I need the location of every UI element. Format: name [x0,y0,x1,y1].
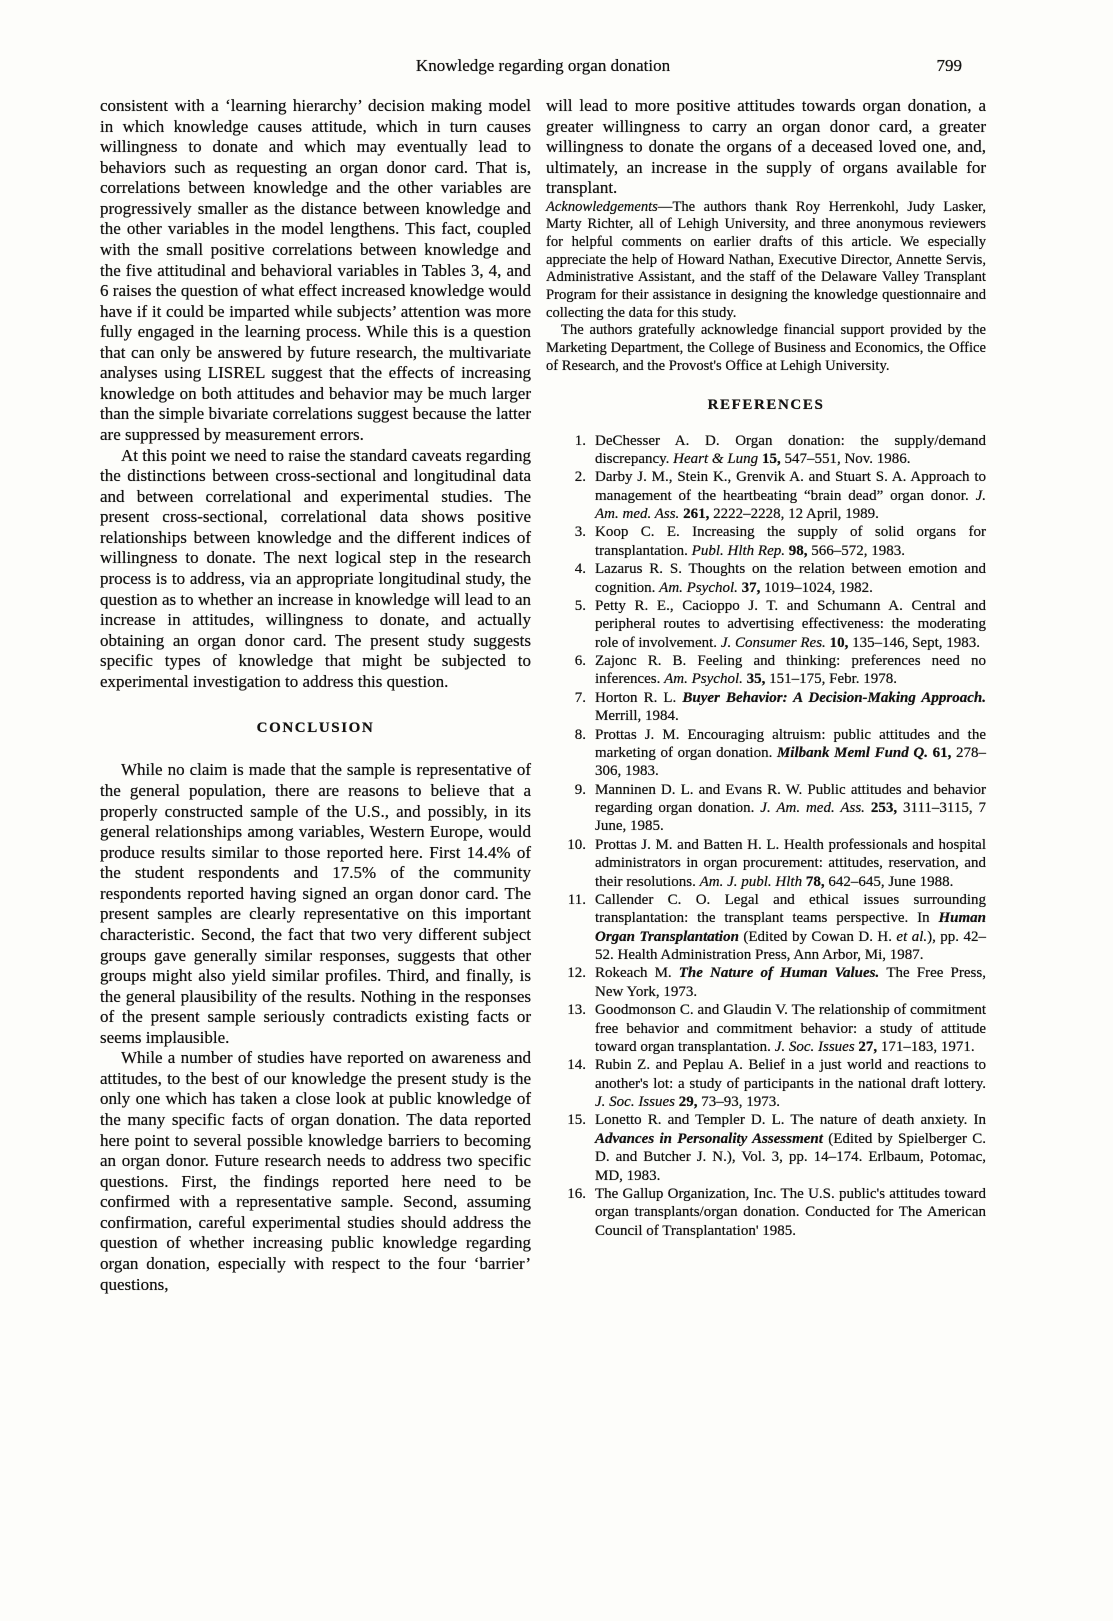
reference-item: 11. Callender C. O. Legal and ethical is… [546,891,986,965]
reference-item: 14. Rubin Z. and Peplau A. Belief in a j… [546,1056,986,1111]
reference-item: 2. Darby J. M., Stein K., Grenvik A. and… [546,468,986,523]
reference-text: Callender C. O. Legal and ethical issues… [595,892,986,963]
references-list: 1. DeChesser A. D. Organ donation: the s… [546,432,986,1241]
reference-text: Zajonc R. B. Feeling and thinking: prefe… [595,653,986,687]
conclusion-paragraph: While a number of studies have reported … [100,1048,531,1295]
reference-text: Prottas J. M. and Batten H. L. Health pr… [595,837,986,890]
reference-item: 10. Prottas J. M. and Batten H. L. Healt… [546,836,986,891]
reference-text: Darby J. M., Stein K., Grenvik A. and St… [595,469,986,522]
reference-item: 15. Lonetto R. and Templer D. L. The nat… [546,1111,986,1185]
reference-number: 10. [546,836,586,854]
reference-text: Petty R. E., Cacioppo J. T. and Schumann… [595,598,986,651]
reference-number: 2. [546,468,586,486]
reference-text: Koop C. E. Increasing the supply of soli… [595,524,986,558]
reference-item: 8. Prottas J. M. Encouraging altruism: p… [546,726,986,781]
reference-item: 1. DeChesser A. D. Organ donation: the s… [546,432,986,469]
reference-item: 6. Zajonc R. B. Feeling and thinking: pr… [546,652,986,689]
reference-text: Rokeach M. The Nature of Human Values. T… [595,965,986,999]
reference-text: Lazarus R. S. Thoughts on the relation b… [595,561,986,595]
body-paragraph-continuation: will lead to more positive attitudes tow… [546,96,986,199]
right-column: will lead to more positive attitudes tow… [546,96,986,1240]
reference-item: 12. Rokeach M. The Nature of Human Value… [546,964,986,1001]
reference-text: Manninen D. L. and Evans R. W. Public at… [595,782,986,835]
reference-number: 13. [546,1001,586,1019]
journal-page: Knowledge regarding organ donation 799 c… [0,0,1113,1621]
reference-text: DeChesser A. D. Organ donation: the supp… [595,433,986,467]
reference-number: 4. [546,560,586,578]
reference-text: Lonetto R. and Templer D. L. The nature … [595,1112,986,1183]
body-paragraph: At this point we need to raise the stand… [100,446,531,693]
running-title: Knowledge regarding organ donation [100,56,986,76]
reference-number: 9. [546,781,586,799]
reference-number: 5. [546,597,586,615]
left-column: consistent with a ‘learning hierarchy’ d… [100,96,531,1295]
reference-number: 3. [546,523,586,541]
reference-number: 12. [546,964,586,982]
reference-number: 11. [546,891,586,909]
reference-item: 9. Manninen D. L. and Evans R. W. Public… [546,781,986,836]
reference-item: 5. Petty R. E., Cacioppo J. T. and Schum… [546,597,986,652]
running-header: Knowledge regarding organ donation 799 [100,56,986,76]
reference-number: 6. [546,652,586,670]
reference-number: 7. [546,689,586,707]
reference-number: 14. [546,1056,586,1074]
reference-item: 7. Horton R. L. Buyer Behavior: A Decisi… [546,689,986,726]
reference-text: Prottas J. M. Encouraging altruism: publ… [595,727,986,780]
reference-item: 13. Goodmonson C. and Glaudin V. The rel… [546,1001,986,1056]
reference-item: 16. The Gallup Organization, Inc. The U.… [546,1185,986,1240]
acknowledgements-paragraph: Acknowledgements—The authors thank Roy H… [546,199,986,323]
reference-item: 3. Koop C. E. Increasing the supply of s… [546,523,986,560]
reference-text: Rubin Z. and Peplau A. Belief in a just … [595,1057,986,1110]
reference-item: 4. Lazarus R. S. Thoughts on the relatio… [546,560,986,597]
conclusion-heading: CONCLUSION [100,719,531,737]
references-heading: REFERENCES [546,396,986,414]
reference-text: Goodmonson C. and Glaudin V. The relatio… [595,1002,986,1055]
reference-text: Horton R. L. Buyer Behavior: A Decision-… [595,690,986,724]
reference-number: 8. [546,726,586,744]
reference-text: The Gallup Organization, Inc. The U.S. p… [595,1186,986,1239]
reference-number: 15. [546,1111,586,1129]
acknowledgements-paragraph-2: The authors gratefully acknowledge finan… [546,322,986,375]
reference-number: 1. [546,432,586,450]
page-number: 799 [937,56,963,76]
body-paragraph-continuation: consistent with a ‘learning hierarchy’ d… [100,96,531,446]
reference-number: 16. [546,1185,586,1203]
conclusion-paragraph: While no claim is made that the sample i… [100,760,531,1048]
